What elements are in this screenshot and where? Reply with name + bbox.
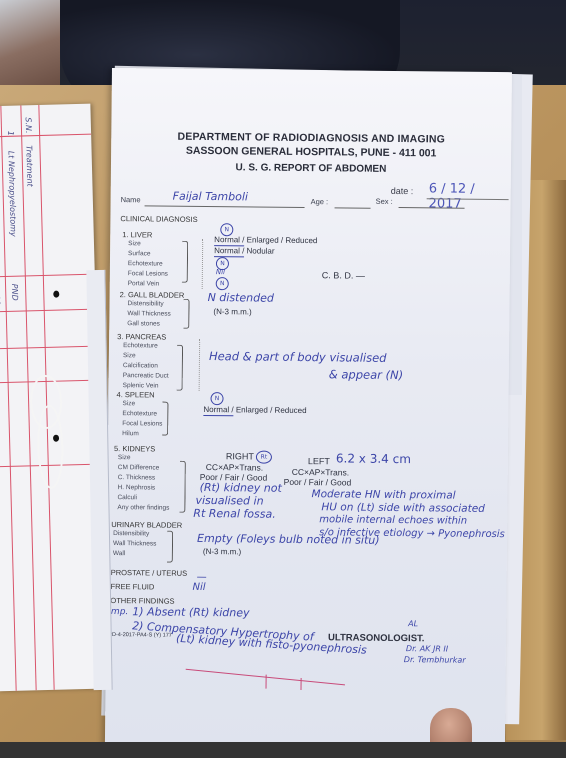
liver-size-options: Normal / Enlarged / Reduced bbox=[214, 235, 317, 245]
binding-string bbox=[36, 405, 64, 490]
left-dims-label: CC×AP×Trans. bbox=[292, 467, 349, 478]
spleen-fields: Size Echotexture Focal Lesions Hilum bbox=[122, 399, 163, 439]
register-tick bbox=[300, 678, 301, 690]
bracket bbox=[162, 402, 168, 436]
liver-field-size: Size bbox=[128, 239, 168, 249]
pancreas-finding-2: & appear (N) bbox=[329, 367, 404, 382]
register-tick bbox=[266, 675, 267, 689]
bracket bbox=[179, 461, 186, 513]
register-header-sn: S.N. bbox=[24, 117, 33, 133]
signature-name-2: Dr. Tembhurkar bbox=[404, 655, 466, 665]
kidneys-fields: Size CM Difference C. Thickness H. Nephr… bbox=[117, 453, 170, 514]
pancreas-heading: 3. PANCREAS bbox=[117, 332, 166, 342]
spleen-heading: 4. SPLEEN bbox=[117, 390, 155, 399]
register-header-treatment: Treatment bbox=[24, 145, 34, 187]
other-findings-heading: OTHER FINDINGS bbox=[110, 596, 174, 606]
register-row-sn: 1 bbox=[6, 131, 15, 136]
bracket bbox=[183, 299, 189, 329]
right-dims-label: CC×AP×Trans. bbox=[206, 462, 263, 473]
bottom-border bbox=[0, 742, 566, 758]
form-code: GPD-4-2017-PA4-S (Y) 177 bbox=[104, 632, 172, 639]
kidney-field-c-thickness: C. Thickness bbox=[118, 473, 170, 484]
prostate-heading: PROSTATE / UTERUS bbox=[111, 568, 187, 578]
cbd-label: C. B. D. — bbox=[322, 270, 365, 280]
liver-surface-options: Normal / Nodular bbox=[214, 246, 275, 256]
gb-field-gall-stones: Gall stones bbox=[127, 319, 170, 329]
gb-field-wall-thickness: Wall Thickness bbox=[127, 309, 170, 319]
liver-heading: 1. LIVER bbox=[122, 230, 152, 239]
liver-field-echotexture: Echotexture bbox=[128, 259, 168, 269]
punch-hole bbox=[53, 291, 59, 298]
right-finding-3: Rt Renal fossa. bbox=[193, 507, 276, 521]
pancreas-fields: Echotexture Size Calcification Pancreati… bbox=[123, 341, 169, 391]
circle-mark: N bbox=[210, 392, 223, 405]
dotted-separator bbox=[199, 339, 202, 391]
bracket bbox=[177, 345, 183, 391]
name-label: Name bbox=[121, 195, 141, 204]
free-fluid-heading: FREE FLUID bbox=[111, 582, 155, 591]
ub-field-wall-thickness: Wall Thickness bbox=[113, 539, 156, 549]
kidney-field-size: Size bbox=[118, 453, 170, 464]
ub-field-distensibility: Distensibility bbox=[113, 529, 156, 539]
liver-fields: Size Surface Echotexture Focal Lesions P… bbox=[128, 239, 169, 289]
free-fluid-value: Nil bbox=[193, 582, 206, 593]
spleen-field-focal-lesions: Focal Lesions bbox=[122, 419, 162, 429]
date-label: date : bbox=[391, 186, 414, 196]
clinical-diagnosis-heading: CLINICAL DIAGNOSIS bbox=[120, 214, 197, 224]
report-title: U. S. G. REPORT OF ABDOMEN bbox=[111, 161, 511, 176]
left-kidney-label: LEFT bbox=[308, 456, 330, 466]
left-kidney-size: 6.2 x 3.4 cm bbox=[336, 451, 411, 466]
kidney-field-cm-difference: CM Difference bbox=[118, 463, 170, 474]
right-kidney-label: RIGHT bbox=[226, 451, 254, 461]
spleen-size-options: Normal / Enlarged / Reduced bbox=[203, 405, 306, 415]
ub-finding: Empty (Foleys bulb noted in situ) bbox=[197, 532, 380, 547]
gb-finding: N distended bbox=[208, 291, 274, 305]
usg-report-form: DEPARTMENT OF RADIODIAGNOSIS AND IMAGING… bbox=[105, 68, 512, 752]
liver-field-portal-vein: Portal Vein bbox=[128, 279, 168, 289]
gall-bladder-fields: Distensibility Wall Thickness Gall stone… bbox=[127, 299, 171, 329]
left-finding-1: Moderate HN with proximal bbox=[311, 488, 455, 502]
selection-underline bbox=[203, 415, 233, 416]
left-quality-options: Poor / Fair / Good bbox=[284, 477, 352, 488]
impression-line-1: 1) Absent (Rt) kidney bbox=[132, 605, 249, 619]
right-finding-2: visualised in bbox=[195, 494, 263, 508]
sex-label: Sex : bbox=[376, 197, 393, 206]
signature-initials: AL bbox=[408, 619, 418, 628]
urinary-bladder-fields: Distensibility Wall Thickness Wall bbox=[113, 529, 157, 559]
left-finding-2: HU on (Lt) side with associated bbox=[321, 501, 485, 515]
hospital-title: SASSOON GENERAL HOSPITALS, PUNE - 411 00… bbox=[111, 144, 511, 160]
pancreas-finding-1: Head & part of body visualised bbox=[209, 349, 387, 365]
liver-focal-lesions-value: Nil bbox=[216, 268, 225, 276]
left-finding-3: mobile internal echoes within bbox=[319, 514, 467, 527]
right-finding-1: (Rt) kidney not bbox=[200, 481, 282, 495]
kidney-field-other: Any other findings bbox=[117, 503, 169, 514]
kidney-field-h-nephrosis: H. Nephrosis bbox=[118, 483, 170, 494]
pancreas-field-echotexture: Echotexture bbox=[123, 341, 169, 351]
signature-name: Dr. AK JR II bbox=[406, 644, 448, 653]
pancreas-field-pancreatic-duct: Pancreatic Duct bbox=[123, 371, 169, 381]
ub-field-wall: Wall bbox=[113, 549, 156, 559]
spleen-field-size: Size bbox=[122, 399, 162, 409]
spleen-field-hilum: Hilum bbox=[122, 429, 162, 439]
bracket bbox=[167, 531, 173, 563]
dotted-separator bbox=[202, 239, 205, 289]
age-line bbox=[335, 207, 371, 208]
kidneys-heading: 5. KIDNEYS bbox=[114, 444, 155, 453]
bracket bbox=[182, 241, 188, 283]
liver-field-focal-lesions: Focal Lesions bbox=[128, 269, 168, 279]
register-row-extra: PND bbox=[10, 284, 19, 301]
register-row-text: Lt Nephropyelostomy bbox=[7, 151, 18, 237]
ultrasonologist-label: ULTRASONOLOGIST. bbox=[328, 632, 425, 644]
liver-field-surface: Surface bbox=[128, 249, 168, 259]
circle-mark: N bbox=[216, 277, 229, 290]
ub-wall-note: (N-3 m.m.) bbox=[203, 547, 241, 556]
pancreas-field-size: Size bbox=[123, 351, 169, 361]
pancreas-field-calcification: Calcification bbox=[123, 361, 169, 371]
kidney-field-calculi: Calculi bbox=[117, 493, 169, 504]
gb-field-distensibility: Distensibility bbox=[127, 299, 170, 309]
spleen-field-echotexture: Echotexture bbox=[122, 409, 162, 419]
register-row-extra: 6 · 10 bbox=[0, 282, 2, 305]
name-line bbox=[145, 205, 305, 208]
name-value: Faijal Tamboli bbox=[173, 190, 248, 204]
gb-wall-note: (N-3 m.m.) bbox=[213, 307, 251, 316]
age-label: Age : bbox=[311, 197, 329, 206]
